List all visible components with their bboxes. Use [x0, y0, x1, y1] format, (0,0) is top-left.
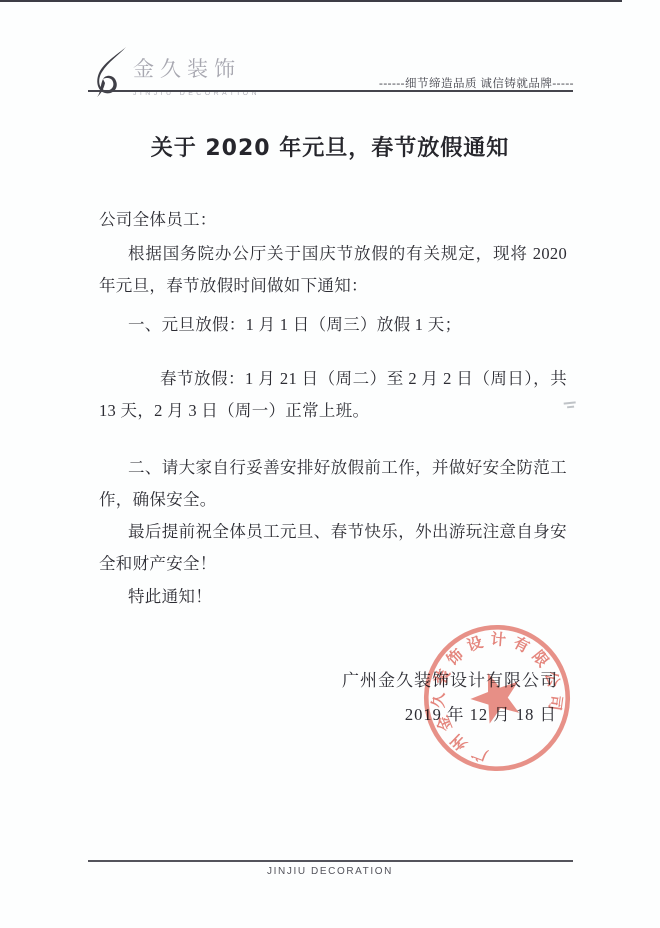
paragraph-springfest-rule: 春节放假：1 月 21 日（周二）至 2 月 2 日（周日），共 13 天，2 …	[99, 363, 567, 427]
footer-company-name-en: JINJIU DECORATION	[0, 866, 660, 877]
scan-smudge-artifact	[564, 401, 577, 410]
salutation: 公司全体员工：	[99, 204, 567, 236]
paragraph-intro: 根据国务院办公厅关于国庆节放假的有关规定，现将 2020 年元旦，春节放假时间做…	[99, 238, 567, 302]
paragraph-safety-rule: 二、请大家自行妥善安排好放假前工作，并做好安全防范工作，确保安全。	[99, 452, 567, 516]
document-title: 关于 2020 年元旦，春节放假通知	[0, 131, 660, 162]
letterhead-rule	[88, 90, 573, 92]
document-page: 金久装饰 JINJIU DECORATION ------细节缔造品质 诚信铸就…	[0, 0, 660, 928]
company-seal-stamp: 广州金久装饰设计有限公司	[415, 616, 579, 780]
paragraph-wishes: 最后提前祝全体员工元旦、春节快乐，外出游玩注意自身安全和财产安全！	[99, 516, 567, 580]
paragraph-closing: 特此通知！	[99, 581, 567, 613]
logo-company-name: 金久装饰	[133, 53, 260, 83]
footer-rule	[88, 860, 573, 862]
scan-artifact-top-line	[0, 0, 622, 2]
seal-star-icon	[464, 664, 528, 727]
paragraph-newyear-rule: 一、元旦放假：1 月 1 日（周三）放假 1 天；	[99, 309, 567, 341]
letterhead-slogan: ------细节缔造品质 诚信铸就品牌-----	[379, 75, 574, 91]
